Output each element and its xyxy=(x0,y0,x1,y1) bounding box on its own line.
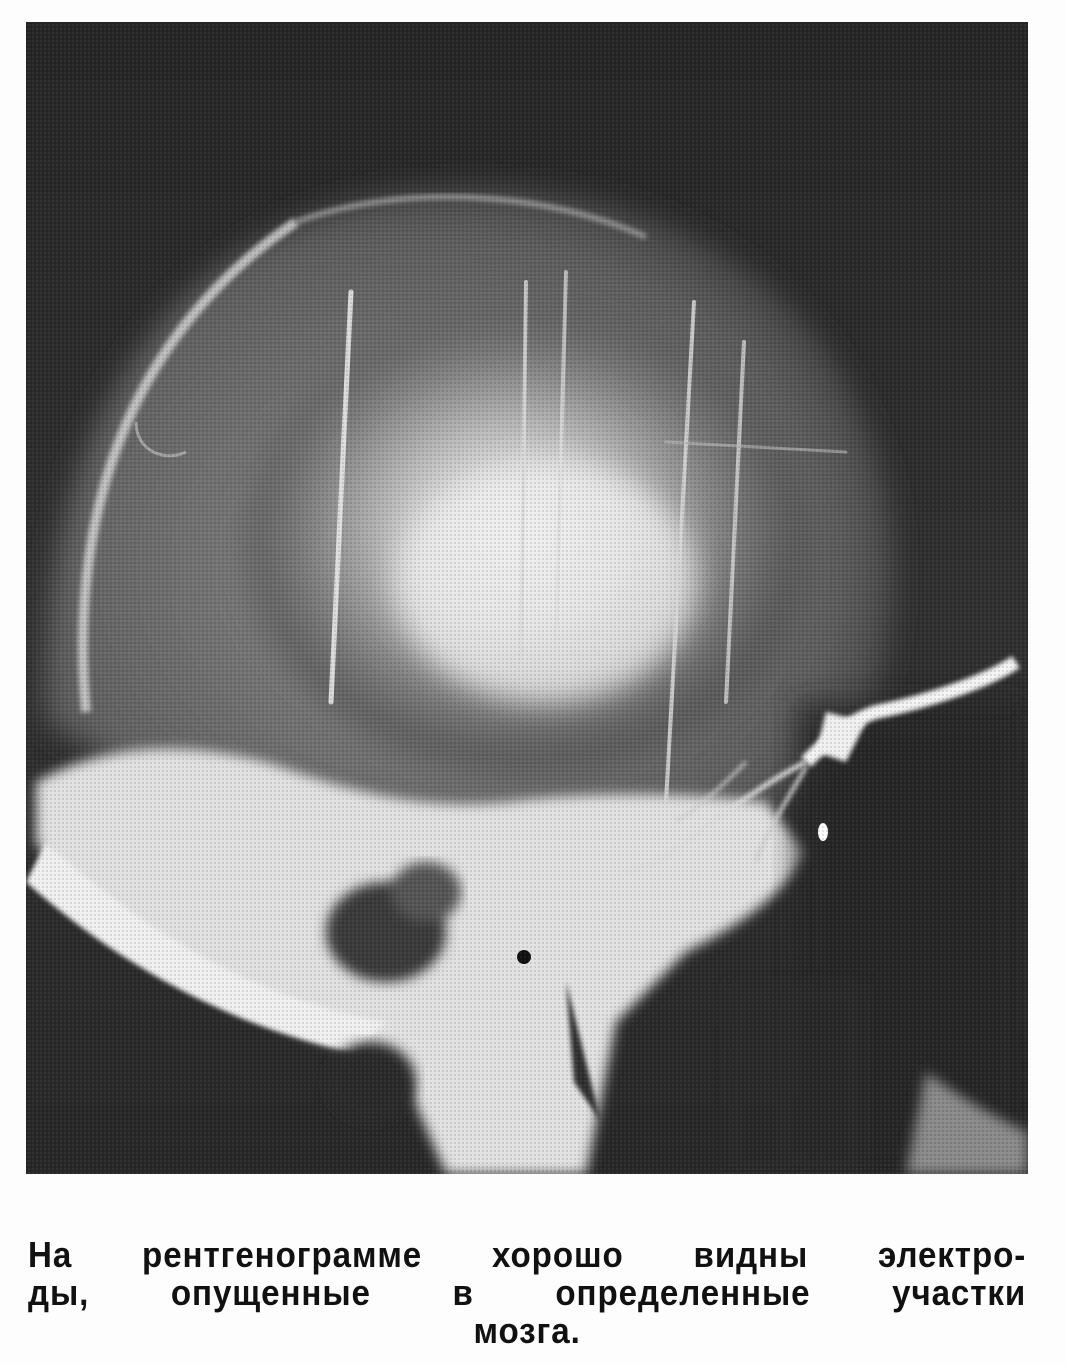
xray-skull-image xyxy=(26,22,1028,1174)
xray-photograph xyxy=(26,22,1028,1174)
newspaper-page: На рентгенограмме хорошо видны электро- … xyxy=(0,0,1066,1364)
caption-line-3: мозга. xyxy=(28,1312,1026,1350)
figure-caption: На рентгенограмме хорошо видны электро- … xyxy=(28,1236,1028,1350)
caption-line-1: На рентгенограмме хорошо видны электро- xyxy=(28,1236,1026,1274)
caption-line-2: ды, опущенные в определенные участки xyxy=(28,1274,1026,1312)
